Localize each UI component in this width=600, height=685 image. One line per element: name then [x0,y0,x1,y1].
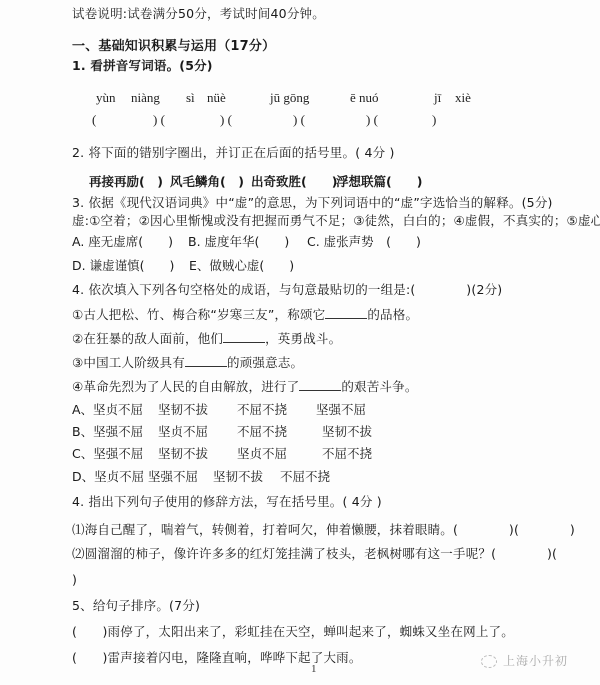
q1-title: 1. 看拼音写词语。(5分) [72,58,213,74]
sentence-text: ②在狂暴的敌人面前，他们 [72,331,223,346]
pinyin: niàng [131,90,160,106]
choice-label: A、坚贞不屈 [72,400,143,418]
pinyin: sì [186,90,195,106]
choice-label: B、坚强不屈 [72,422,143,440]
sentence-text: 的顽强意志。 [227,355,303,370]
choice-item: 坚强不屈 [316,400,366,418]
q3-option[interactable]: C. 虚张声势 ( ) [307,232,421,250]
q3-option[interactable]: B. 虚度年华( ) [188,232,289,250]
sentence-text: ③中国工人阶级具有 [72,355,185,370]
q4b-title: 4. 指出下列句子使用的修辞方法，写在括号里。( 4分 ) [72,494,382,510]
pinyin: jī [434,90,441,106]
choice-item: 不屈不挠 [322,444,372,462]
q4-sentence: ②在狂暴的敌人面前，他们，英勇战斗。 [72,330,341,347]
q4b-sentence-2: ⑵圆溜溜的柿子，像许许多多的红灯笼挂满了枝头，老枫树哪有这一手呢？( )( [72,546,557,562]
q3-option[interactable]: E、做贼心虚( ) [189,256,294,274]
q2-item[interactable]: 浮想联篇( ) [336,172,422,190]
sentence-text: 的艰苦斗争。 [341,379,417,394]
choice-item: 不屈不挠 [237,422,287,440]
answer-paren[interactable]: ) ( [153,112,165,128]
pinyin: nüè [207,90,226,106]
q5-item: ( )雷声接着闪电，隆隆直响，哗哗下起了大雨。 [72,650,362,666]
pinyin: yùn [96,90,116,106]
q2-item[interactable]: 出奇致胜( ) [251,172,337,190]
q3-title: 3. 依据《现代汉语词典》中“虚”的意思，为下列词语中的“虚”字选恰当的解释。(… [72,195,553,211]
q5-title: 5、给句子排序。(7分) [72,598,200,614]
q4b-sentence-2-cont: ) [72,572,77,588]
choice-item: 坚贞不屈 [237,444,287,462]
page-number: 1 [311,663,317,675]
watermark: 上海小升初 [481,652,568,669]
choice-item: 不屈不挠 [280,467,330,485]
watermark-text: 上海小升初 [503,654,568,668]
pinyin: ē nuó [350,90,379,106]
q4-sentence: ③中国工人阶级具有的顽强意志。 [72,354,303,371]
pinyin: xiè [455,90,471,106]
answer-paren[interactable]: ) ( [293,112,305,128]
choice-item: 不屈不挠 [237,400,287,418]
choice-item: 坚韧不拔 [158,444,208,462]
section-title: 一、基础知识积累与运用（17分） [72,39,275,55]
fill-blank[interactable] [325,306,367,319]
q4-title: 4. 依次填入下列各句空格处的成语，与句意最贴切的一组是:( )(2分) [72,282,502,298]
choice-item: 坚贞不屈 [158,422,208,440]
exam-instructions: 试卷说明:试卷满分50分，考试时间40分钟。 [72,6,325,22]
sentence-text: ①古人把松、竹、梅合称“岁寒三友”，称颂它 [72,307,325,322]
q2-item[interactable]: 风毛鳞角( ) [170,172,244,190]
choice-item: 坚强不屈 [148,467,198,485]
sentence-text: ，英勇战斗。 [265,331,341,346]
fill-blank[interactable] [223,330,265,343]
answer-paren[interactable]: ) [432,112,436,128]
q2-item[interactable]: 再接再励( ) [89,172,163,190]
answer-paren[interactable]: ( [92,112,96,128]
q2-title: 2. 将下面的错别字圈出，并订正在后面的括号里。( 4分 ) [72,145,395,161]
q3-option[interactable]: A. 座无虚席( ) [72,232,173,250]
choice-label: D、坚贞不屈 [72,467,144,485]
q4-sentence: ④革命先烈为了人民的自由解放，进行了的艰苦斗争。 [72,378,418,395]
choice-item: 坚韧不拔 [213,467,263,485]
sentence-text: 的品格。 [367,307,418,322]
choice-item: 坚韧不拔 [158,400,208,418]
q4-sentence: ①古人把松、竹、梅合称“岁寒三友”，称颂它的品格。 [72,306,418,323]
q3-option[interactable]: D. 谦虚谨慎( ) [72,256,174,274]
q4b-sentence-1: ⑴海自己醒了，喘着气，转侧着，打着呵欠，伸着懒腰，抹着眼睛。( )( ) [72,522,575,538]
fill-blank[interactable] [185,354,227,367]
q3-definitions: 虚:①空着；②因心里惭愧或没有把握而勇气不足；③徒然，白白的；④虚假，不真实的；… [72,213,600,229]
pinyin: jū gōng [270,90,309,106]
sentence-text: ④革命先烈为了人民的自由解放，进行了 [72,379,299,394]
q5-item: ( )雨停了，太阳出来了，彩虹挂在天空，蝉叫起来了，蜘蛛又坐在网上了。 [72,624,514,640]
choice-label: C、坚强不屈 [72,444,143,462]
wechat-icon [481,655,497,668]
fill-blank[interactable] [299,378,341,391]
choice-item: 坚韧不拔 [322,422,372,440]
answer-paren[interactable]: ) ( [366,112,378,128]
answer-paren[interactable]: ) ( [220,112,232,128]
